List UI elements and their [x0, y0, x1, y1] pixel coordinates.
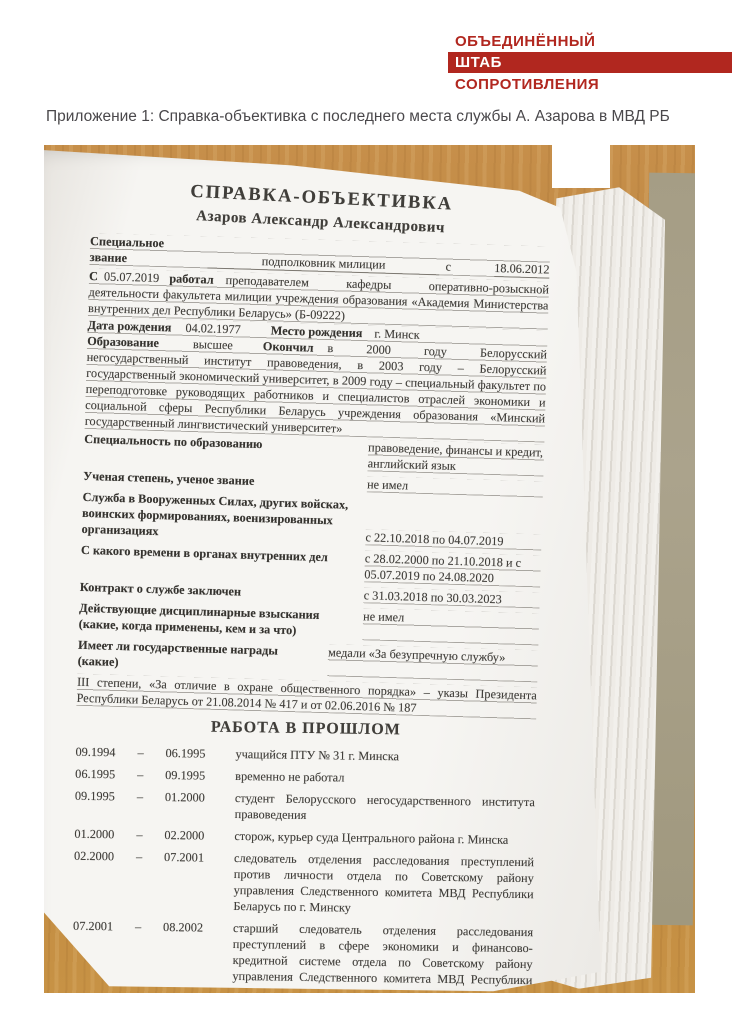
- document-header: СПРАВКА-ОБЪЕКТИВКА Азаров Александр Алек…: [90, 179, 551, 241]
- rank-since: с 18.06.2012: [445, 259, 549, 279]
- rank-since-date: 18.06.2012: [494, 260, 550, 279]
- fields-section: Специальность по образованию правоведени…: [77, 431, 544, 683]
- history-from: 07.2001: [72, 918, 125, 993]
- field-label: Ученая степень, ученое звание: [83, 468, 353, 492]
- history-row: 09.1995 – 01.2000 студент Белорусского н…: [75, 788, 535, 826]
- education-paragraph: ОбразованиевысшееОкончилв 2000 году Бело…: [85, 333, 548, 443]
- rank-since-prefix: с: [445, 259, 451, 276]
- field-label: Специальность по образованию: [84, 431, 355, 471]
- field-label: Действующие дисциплинарные взыскания (ка…: [79, 600, 350, 640]
- history-from: 02.2000: [73, 848, 126, 913]
- logo-bar: ШТАБ: [448, 52, 732, 73]
- redaction-square: [552, 145, 610, 188]
- history-to: 08.2002: [162, 919, 223, 993]
- history-row: 01.2000 – 02.2000 сторож, курьер суда Це…: [74, 826, 534, 848]
- history-description: следователь отделения расследования прес…: [233, 850, 534, 918]
- history-description: временно не работал: [235, 768, 535, 788]
- current-job-verb: работал: [169, 271, 214, 286]
- history-from: 01.2000: [74, 826, 126, 843]
- work-history-section: РАБОТА В ПРОШЛОМ 09.1994 – 06.1995 учащи…: [72, 718, 536, 993]
- field-label: С какого времени в органах внутренних де…: [80, 542, 351, 582]
- history-dash: –: [135, 849, 154, 913]
- education-value: высшее: [193, 337, 233, 352]
- graduated-label: Окончил: [263, 339, 314, 354]
- history-dash: –: [136, 827, 154, 843]
- history-description: сторож, курьер суда Центрального района …: [234, 828, 534, 848]
- education-label: Образование: [87, 334, 159, 350]
- history-description: старший следователь отделения расследова…: [232, 920, 533, 993]
- history-to: 07.2001: [163, 849, 224, 914]
- current-job-date: 05.07.2019: [104, 269, 160, 285]
- document-text: СПРАВКА-ОБЪЕКТИВКА Азаров Александр Алек…: [68, 179, 552, 993]
- birth-place-value: г. Минск: [374, 325, 420, 342]
- history-from: 09.1995: [75, 788, 127, 821]
- field-value: не имел: [367, 476, 543, 497]
- history-to: 02.2000: [164, 827, 224, 844]
- history-to: 09.1995: [165, 767, 225, 784]
- field-value: с 28.02.2000 по 21.10.2018 и с 05.07.201…: [364, 550, 541, 587]
- field-label: Служба в Вооруженных Силах, других войск…: [81, 489, 352, 545]
- logo-line-1: ОБЪЕДИНЁННЫЙ: [455, 33, 595, 50]
- page: ОБЪЕДИНЁННЫЙ ШТАБ СОПРОТИВЛЕНИЯ Приложен…: [0, 0, 732, 1012]
- history-row: 07.2001 – 08.2002 старший следователь от…: [72, 918, 533, 993]
- field-value: правоведение, финансы и кредит, английск…: [367, 439, 544, 476]
- field-value: медали «За безупречную службу»: [327, 644, 538, 682]
- field-label: Имеет ли государственные награды (какие): [77, 637, 314, 676]
- field-row: Служба в Вооруженных Силах, других войск…: [81, 489, 542, 551]
- history-dash: –: [137, 789, 155, 821]
- awards-continuation: III степени, «За отличие в охране общест…: [76, 674, 537, 720]
- history-dash: –: [137, 767, 155, 783]
- field-value: не имел: [362, 608, 539, 645]
- current-job-prefix: С: [89, 269, 98, 283]
- graduated-text: в 2000 году Белорусский негосударственны…: [85, 341, 548, 435]
- history-description: учащийся ПТУ № 31 г. Минска: [235, 746, 535, 766]
- figure-caption: Приложение 1: Справка-объективка с после…: [46, 108, 706, 126]
- history-from: 09.1994: [75, 744, 127, 761]
- document-photo: СПРАВКА-ОБЪЕКТИВКА Азаров Александр Алек…: [44, 145, 695, 993]
- history-dash: –: [137, 745, 155, 761]
- history-row: 09.1994 – 06.1995 учащийся ПТУ № 31 г. М…: [75, 744, 535, 766]
- history-description: студент Белорусского негосударственного …: [235, 790, 535, 826]
- history-title: РАБОТА В ПРОШЛОМ: [76, 718, 536, 740]
- history-to: 01.2000: [165, 789, 225, 822]
- field-value: с 22.10.2018 по 04.07.2019: [365, 529, 541, 550]
- logo-line-3: СОПРОТИВЛЕНИЯ: [455, 76, 599, 93]
- history-from: 06.1995: [75, 766, 127, 783]
- history-to: 06.1995: [165, 745, 225, 762]
- history-row: 06.1995 – 09.1995 временно не работал: [75, 766, 535, 788]
- field-value: с 31.03.2018 по 30.03.2023: [364, 587, 540, 608]
- birth-date-value: 04.02.1977: [185, 320, 241, 338]
- field-label: Контракт о службе заключен: [80, 579, 350, 603]
- logo-line-2: ШТАБ: [448, 52, 732, 73]
- history-dash: –: [134, 919, 153, 993]
- history-row: 02.2000 – 07.2001 следователь отделения …: [73, 848, 534, 918]
- rank-label: Специальное звание: [89, 233, 202, 268]
